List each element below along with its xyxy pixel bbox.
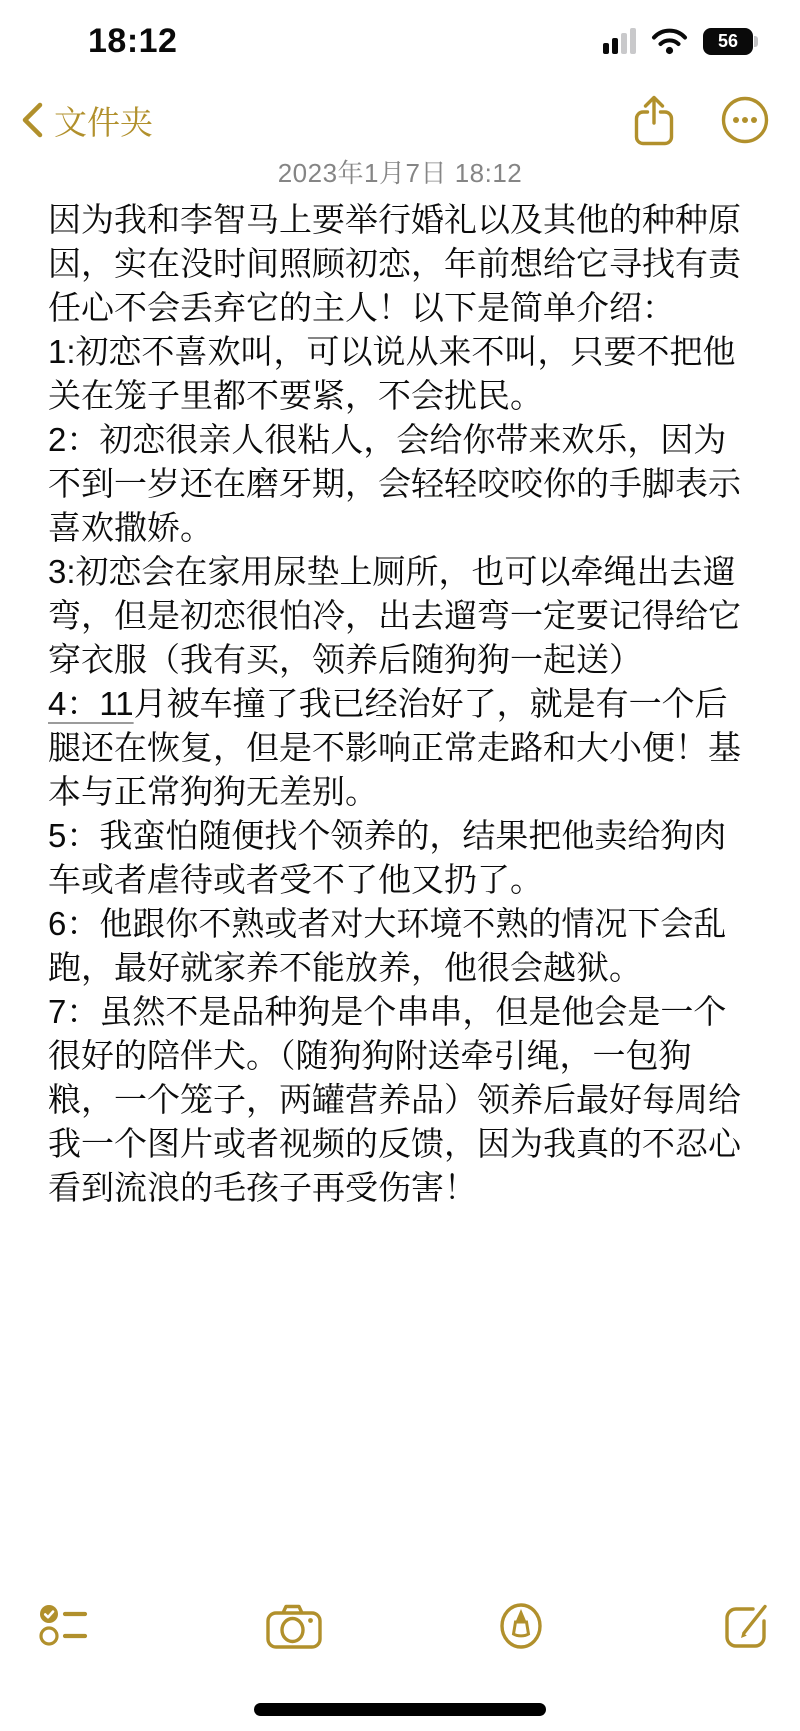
bottom-toolbar [0, 1594, 800, 1658]
note-paragraph: 1:初恋不喜欢叫，可以说从来不叫，只要不把他关在笼子里都不要紧，不会扰民。 [48, 330, 756, 418]
text-run: 因为我和李智马上要举行婚礼以及其他的种种原因，实在没时间照顾初恋，年前想给它寻找… [48, 201, 741, 326]
notes-app-screen: 18:12 56 [0, 0, 800, 1731]
text-run: 月被车撞了我已经治好了，就是有一个后腿还在恢复，但是不影响正常走路和大小便！基本… [48, 685, 741, 810]
status-time: 18:12 [88, 22, 177, 61]
note-paragraph: 5：我蛮怕随便找个领养的，结果把他卖给狗肉车或者虐待或者受不了他又扔了。 [48, 814, 756, 902]
detected-data-link[interactable]: 4：11 [48, 685, 134, 722]
more-options-button[interactable] [720, 95, 770, 145]
battery-icon: 56 [703, 28, 758, 55]
compose-icon [720, 1599, 774, 1653]
note-body[interactable]: 因为我和李智马上要举行婚礼以及其他的种种原因，实在没时间照顾初恋，年前想给它寻找… [48, 198, 756, 1210]
signal-bar [621, 33, 627, 54]
markup-button[interactable] [495, 1598, 547, 1654]
note-paragraph: 2：初恋很亲人很粘人，会给你带来欢乐，因为不到一岁还在磨牙期，会轻轻咬咬你的手脚… [48, 418, 756, 550]
camera-icon [265, 1601, 323, 1651]
markup-pen-icon [495, 1598, 547, 1654]
text-run: 1:初恋不喜欢叫，可以说从来不叫，只要不把他关在笼子里都不要紧，不会扰民。 [48, 333, 736, 414]
battery-percent: 56 [703, 28, 753, 55]
home-indicator[interactable] [254, 1703, 546, 1716]
text-run: 3:初恋会在家用尿垫上厕所，也可以牵绳出去遛弯，但是初恋很怕冷，出去遛弯一定要记… [48, 553, 741, 678]
chevron-left-icon [20, 101, 44, 139]
note-paragraph: 7：虽然不是品种狗是个串串，但是他会是一个很好的陪伴犬。（随狗狗附送牵引绳，一包… [48, 990, 756, 1210]
compose-button[interactable] [720, 1599, 774, 1653]
battery-nub [754, 36, 758, 47]
note-paragraph: 4：11月被车撞了我已经治好了，就是有一个后腿还在恢复，但是不影响正常走路和大小… [48, 682, 756, 814]
note-date: 2023年1月7日 18:12 [0, 153, 800, 190]
checklist-icon [38, 1603, 92, 1649]
checklist-button[interactable] [38, 1603, 92, 1649]
text-run: 5：我蛮怕随便找个领养的，结果把他卖给狗肉车或者虐待或者受不了他又扔了。 [48, 817, 726, 898]
share-button[interactable] [632, 93, 676, 147]
signal-bar [612, 38, 618, 54]
note-paragraph: 因为我和李智马上要举行婚礼以及其他的种种原因，实在没时间照顾初恋，年前想给它寻找… [48, 198, 756, 330]
wifi-icon [651, 27, 688, 55]
camera-button[interactable] [265, 1601, 323, 1651]
back-button[interactable]: 文件夹 [20, 97, 153, 144]
nav-bar: 文件夹 [0, 88, 800, 152]
cellular-signal-icon [603, 28, 636, 54]
back-button-label: 文件夹 [54, 97, 153, 144]
signal-bar [603, 43, 609, 54]
signal-bar [630, 28, 636, 54]
status-bar: 18:12 56 [0, 12, 800, 70]
text-run: 2：初恋很亲人很粘人，会给你带来欢乐，因为不到一岁还在磨牙期，会轻轻咬咬你的手脚… [48, 421, 741, 546]
status-icons: 56 [603, 27, 758, 55]
text-run: 6：他跟你不熟或者对大环境不熟的情况下会乱跑，最好就家养不能放养，他很会越狱。 [48, 905, 726, 986]
text-run: 7：虽然不是品种狗是个串串，但是他会是一个很好的陪伴犬。（随狗狗附送牵引绳，一包… [48, 993, 741, 1206]
note-paragraph: 3:初恋会在家用尿垫上厕所，也可以牵绳出去遛弯，但是初恋很怕冷，出去遛弯一定要记… [48, 550, 756, 682]
ellipsis-circle-icon [720, 95, 770, 145]
share-icon [632, 93, 676, 147]
nav-actions [632, 93, 770, 147]
note-paragraph: 6：他跟你不熟或者对大环境不熟的情况下会乱跑，最好就家养不能放养，他很会越狱。 [48, 902, 756, 990]
